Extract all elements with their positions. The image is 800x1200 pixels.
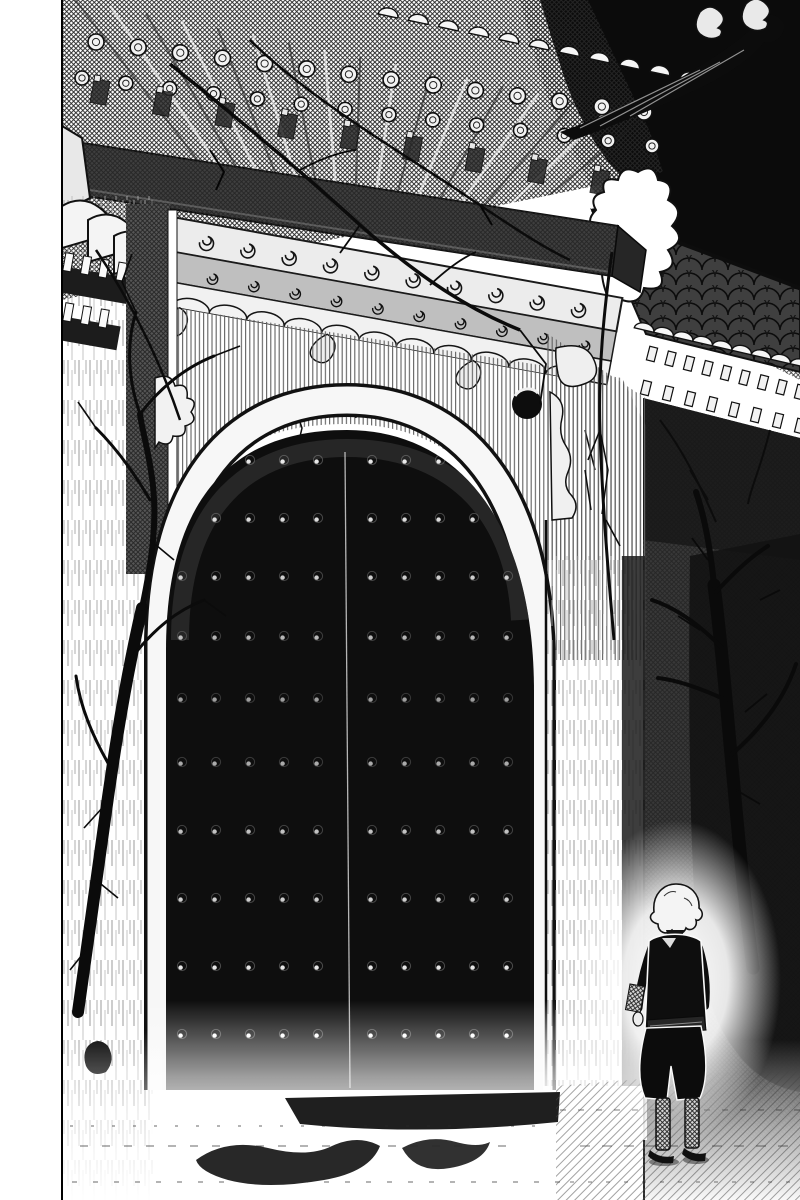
gate-doors — [166, 430, 534, 1090]
manga-panel: Boy before the great gate — [0, 0, 800, 1200]
door-shadow — [285, 1092, 560, 1130]
roof-crest-ornament — [696, 7, 724, 39]
panel-border-line — [61, 0, 63, 1200]
gate-illustration: Boy before the great gate — [0, 0, 800, 1200]
boy-hand — [633, 1012, 643, 1026]
artwork — [55, 0, 800, 1200]
roof-crest-ornament — [742, 0, 770, 31]
